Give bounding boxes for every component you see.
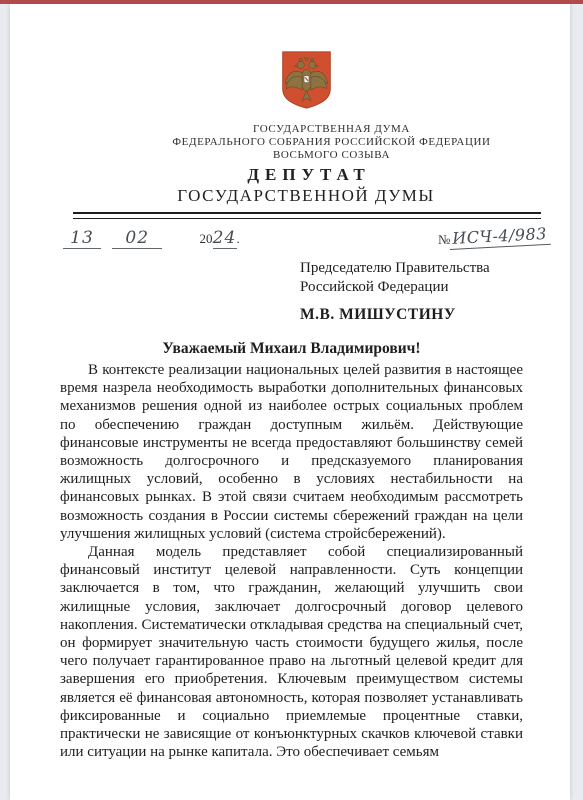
- letter-body: В контексте реализации национальных целе…: [60, 361, 523, 761]
- russia-coat-of-arms-icon: [280, 50, 333, 110]
- letterhead-title-deputy: ДЕПУТАТ: [40, 165, 572, 185]
- letter-date: 13 02 2024.: [63, 228, 240, 249]
- date-suffix: .: [237, 231, 240, 246]
- addressee-name: М.В. МИШУСТИНУ: [300, 306, 456, 324]
- addressee-block: Председателю Правительства Российской Фе…: [300, 259, 490, 297]
- salutation: Уважаемый Михаил Владимирович!: [60, 340, 523, 358]
- addressee-position-line2: Российской Федерации: [300, 278, 490, 297]
- org-name-line2: ФЕДЕРАЛЬНОГО СОБРАНИЯ РОССИЙСКОЙ ФЕДЕРАЦ…: [40, 136, 583, 148]
- letterhead-divider-rule: [73, 212, 541, 219]
- org-name-line3: ВОСЬМОГО СОЗЫВА: [40, 149, 583, 161]
- date-month-handwritten: 02: [112, 228, 162, 249]
- org-name-line1: ГОСУДАРСТВЕННАЯ ДУМА: [40, 123, 583, 135]
- letter-number: №ИСЧ-4/983: [438, 229, 551, 250]
- letter-number-handwritten: ИСЧ-4/983: [449, 224, 551, 250]
- letterhead-title-duma: ГОСУДАРСТВЕННОЙ ДУМЫ: [40, 186, 572, 206]
- date-day-handwritten: 13: [63, 228, 101, 249]
- body-paragraph: В контексте реализации национальных целе…: [60, 361, 523, 543]
- scan-top-red-edge: [0, 0, 583, 4]
- date-year-printed: 20: [200, 231, 213, 246]
- body-paragraph: Данная модель представляет собой специал…: [60, 543, 523, 761]
- date-year-handwritten: 24: [213, 228, 237, 249]
- addressee-position-line1: Председателю Правительства: [300, 259, 490, 278]
